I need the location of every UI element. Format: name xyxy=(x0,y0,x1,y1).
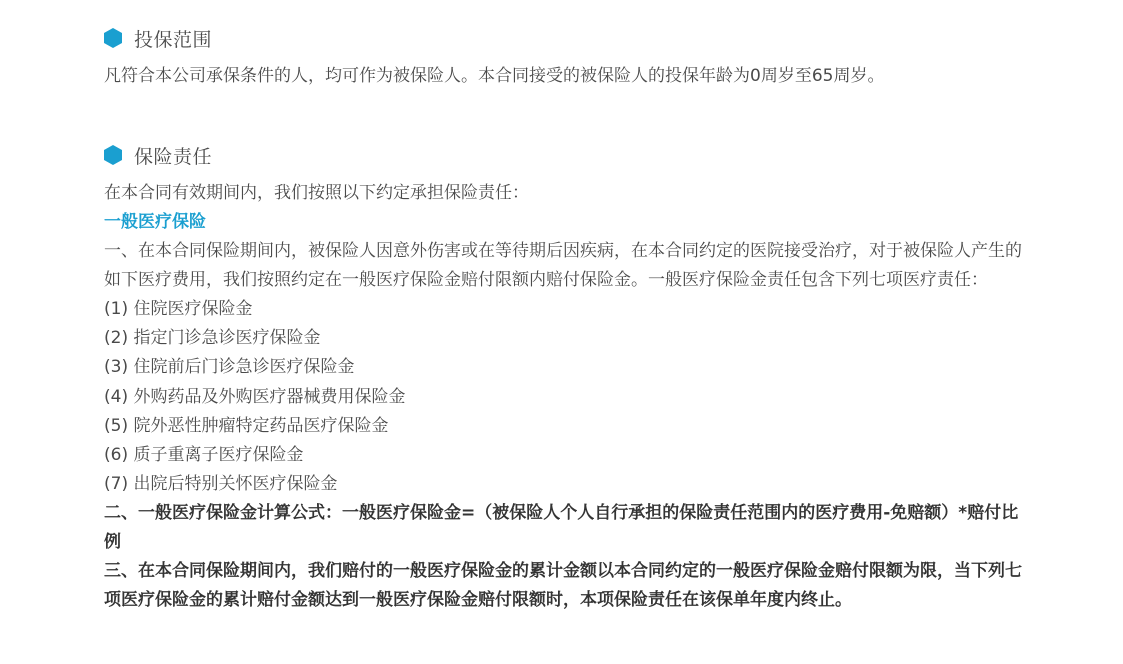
liability-intro: 在本合同有效期间内，我们按照以下约定承担保险责任： xyxy=(104,179,1024,208)
list-item: (1) 住院医疗保险金 xyxy=(104,295,1024,324)
section-title: 投保范围 xyxy=(134,25,212,52)
section-insurance-liability: 保险责任 在本合同有效期间内，我们按照以下约定承担保险责任： 一般医疗保险 一、… xyxy=(104,91,1024,615)
section-header: 投保范围 xyxy=(104,24,1024,52)
policy-document: 投保范围 凡符合本公司承保条件的人，均可作为被保险人。本合同接受的被保险人的投保… xyxy=(0,0,1024,615)
section-coverage-scope: 投保范围 凡符合本公司承保条件的人，均可作为被保险人。本合同接受的被保险人的投保… xyxy=(104,0,1024,91)
clause-three-limit: 三、在本合同保险期间内，我们赔付的一般医疗保险金的累计金额以本合同约定的一般医疗… xyxy=(104,557,1024,615)
list-item: (3) 住院前后门诊急诊医疗保险金 xyxy=(104,353,1024,382)
list-item: (7) 出院后特别关怀医疗保险金 xyxy=(104,470,1024,499)
general-medical-subhead: 一般医疗保险 xyxy=(104,208,1024,237)
list-item: (2) 指定门诊急诊医疗保险金 xyxy=(104,324,1024,353)
coverage-scope-text: 凡符合本公司承保条件的人，均可作为被保险人。本合同接受的被保险人的投保年龄为0周… xyxy=(104,62,1024,91)
list-item: (6) 质子重离子医疗保险金 xyxy=(104,441,1024,470)
list-item: (4) 外购药品及外购医疗器械费用保险金 xyxy=(104,383,1024,412)
liability-list: (1) 住院医疗保险金 (2) 指定门诊急诊医疗保险金 (3) 住院前后门诊急诊… xyxy=(104,295,1024,499)
hexagon-icon xyxy=(104,28,122,48)
clause-one: 一、在本合同保险期间内，被保险人因意外伤害或在等待期后因疾病，在本合同约定的医院… xyxy=(104,237,1024,295)
section-title: 保险责任 xyxy=(134,142,212,169)
clause-two-formula: 二、一般医疗保险金计算公式：一般医疗保险金=（被保险人个人自行承担的保险责任范围… xyxy=(104,499,1024,557)
list-item: (5) 院外恶性肿瘤特定药品医疗保险金 xyxy=(104,412,1024,441)
section-header: 保险责任 xyxy=(104,141,1024,169)
hexagon-icon xyxy=(104,145,122,165)
